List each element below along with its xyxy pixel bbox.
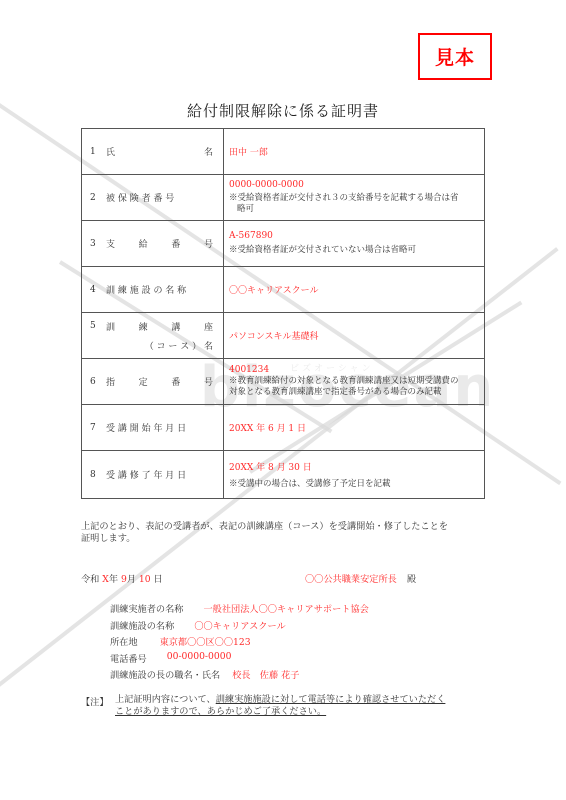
provider-row: 所在地 東京都〇〇区〇〇123: [110, 634, 369, 651]
footnote-underlined: 訓練実施施設に対して電話等により確認させていただく: [216, 694, 446, 705]
provider-row: 訓練施設の長の職名・氏名 校長 佐藤 花子: [110, 667, 369, 684]
row-number: 5: [90, 321, 106, 331]
label-part: 講: [171, 320, 180, 333]
designation-number-cell: 4001234 ※教育訓練給付の対象となる教育訓練講座又は短期受講費の 対象とな…: [224, 359, 485, 405]
label-part: 支: [106, 237, 115, 250]
label-part: 座: [204, 320, 213, 333]
label-text: 受 講 修 了 年 月 日: [106, 468, 223, 481]
row-label: 6 指定番号: [82, 359, 224, 405]
name-value[interactable]: 田中 一郎: [224, 129, 485, 175]
designation-number-note-cont: 対象となる教育訓練講座で指定番号がある場合のみ記載: [229, 387, 484, 398]
row-label: 1 氏名: [82, 129, 224, 175]
label-part: 指: [106, 375, 115, 388]
provider-row: 訓練実施者の名称 一般社団法人〇〇キャリアサポート協会: [110, 601, 369, 618]
provider-label: 訓練施設の長の職名・氏名: [110, 667, 220, 684]
row-label: 8 受 講 修 了 年 月 日: [82, 451, 224, 499]
date-unit: 月: [127, 574, 136, 585]
footnote: 【注】 上記証明内容について、訓練実施施設に対して電話等により確認させていただく…: [81, 694, 491, 718]
provider-label: 電話番号: [110, 651, 147, 668]
row-label: 2 被 保 険 者 番 号: [82, 175, 224, 221]
table-row: 6 指定番号 4001234 ※教育訓練給付の対象となる教育訓練講座又は短期受講…: [82, 359, 485, 405]
table-row: 2 被 保 険 者 番 号 0000-0000-0000 ※受給資格者証が交付さ…: [82, 175, 485, 221]
label-part: 号: [204, 237, 213, 250]
provider-head-name[interactable]: 校長 佐藤 花子: [232, 667, 299, 684]
insured-number-cell: 0000-0000-0000 ※受給資格者証が交付され３の支給番号を記載する場合…: [224, 175, 485, 221]
label-text: 受 講 開 始 年 月 日: [106, 421, 223, 434]
date-era: 令和: [81, 574, 99, 585]
label-part: 号: [204, 375, 213, 388]
sample-stamp: 見本: [418, 33, 492, 80]
label-part: 練: [139, 320, 148, 333]
row-number: 8: [90, 470, 106, 480]
designation-number-note: ※教育訓練給付の対象となる教育訓練講座又は短期受講費の: [229, 376, 484, 387]
label-part: 定: [139, 375, 148, 388]
payment-number-note: ※受給資格者証が交付されていない場合は省略可: [229, 245, 484, 256]
provider-label: 訓練実施者の名称: [110, 601, 184, 618]
date-unit: 日: [154, 574, 163, 585]
row-label: 5 訓練講座 （ コ ー ス ） 名: [82, 313, 224, 359]
end-date-value[interactable]: 20XX 年 8 月 30 日: [229, 460, 484, 473]
label-part: 氏: [106, 145, 115, 158]
footnote-lead: 上記証明内容について、: [115, 694, 216, 705]
footnote-tag: 【注】: [81, 694, 109, 708]
table-row: 3 支給番号 A-567890 ※受給資格者証が交付されていない場合は省略可: [82, 221, 485, 267]
row-number: 6: [90, 377, 106, 387]
date-unit: 年: [109, 574, 118, 585]
row-label: 4 訓 練 施 設 の 名 称: [82, 267, 224, 313]
footnote-underlined: ことがありますので、あらかじめご了承ください。: [115, 706, 326, 717]
statement-line: 上記のとおり、表記の受講者が、表記の訓練講座（コース）を受講開始・修了したことを: [81, 521, 491, 533]
row-label: 7 受 講 開 始 年 月 日: [82, 405, 224, 451]
label-text: 被 保 険 者 番 号: [106, 191, 223, 204]
office-name[interactable]: 〇〇公共職業安定所長: [305, 574, 397, 585]
label-text-line2: （ コ ー ス ） 名: [90, 339, 223, 352]
insured-number-note: ※受給資格者証が交付され３の支給番号を記載する場合は省: [229, 193, 484, 204]
start-date-value[interactable]: 20XX 年 6 月 1 日: [224, 405, 485, 451]
provider-row: 電話番号 00-0000-0000: [110, 651, 369, 668]
provider-org-name[interactable]: 一般社団法人〇〇キャリアサポート協会: [204, 601, 369, 618]
document-title: 給付制限解除に係る証明書: [0, 100, 566, 121]
provider-phone[interactable]: 00-0000-0000: [167, 651, 232, 668]
issue-date: 令和 X年 9月 10 日: [81, 571, 163, 585]
table-row: 4 訓 練 施 設 の 名 称 〇〇キャリアスクール: [82, 267, 485, 313]
provider-info: 訓練実施者の名称 一般社団法人〇〇キャリアサポート協会 訓練施設の名称 〇〇キャ…: [110, 601, 369, 684]
insured-number-value[interactable]: 0000-0000-0000: [229, 180, 484, 190]
date-day[interactable]: 10: [139, 574, 151, 585]
payment-number-cell: A-567890 ※受給資格者証が交付されていない場合は省略可: [224, 221, 485, 267]
label-part: 番: [171, 237, 180, 250]
honorific: 殿: [407, 574, 416, 585]
provider-label: 所在地: [110, 634, 138, 651]
addressee: 〇〇公共職業安定所長殿: [305, 571, 416, 585]
end-date-cell: 20XX 年 8 月 30 日 ※受講中の場合は、受講修了予定日を記載: [224, 451, 485, 499]
table-row: 5 訓練講座 （ コ ー ス ） 名 パソコンスキル基礎科: [82, 313, 485, 359]
row-label: 3 支給番号: [82, 221, 224, 267]
certification-statement: 上記のとおり、表記の受講者が、表記の訓練講座（コース）を受講開始・修了したことを…: [81, 521, 491, 545]
row-number: 3: [90, 239, 106, 249]
row-number: 7: [90, 423, 106, 433]
row-number: 2: [90, 193, 106, 203]
label-part: 番: [171, 375, 180, 388]
statement-line: 証明します。: [81, 533, 491, 545]
course-name-value[interactable]: パソコンスキル基礎科: [224, 313, 485, 359]
insured-number-note-cont: 略可: [229, 204, 484, 215]
table-row: 7 受 講 開 始 年 月 日 20XX 年 6 月 1 日: [82, 405, 485, 451]
provider-row: 訓練施設の名称 〇〇キャリアスクール: [110, 618, 369, 635]
provider-address[interactable]: 東京都〇〇区〇〇123: [160, 634, 251, 651]
row-number: 4: [90, 285, 106, 295]
row-number: 1: [90, 147, 106, 157]
table-row: 8 受 講 修 了 年 月 日 20XX 年 8 月 30 日 ※受講中の場合は…: [82, 451, 485, 499]
label-part: 名: [204, 145, 213, 158]
label-part: 給: [139, 237, 148, 250]
provider-facility-name[interactable]: 〇〇キャリアスクール: [194, 618, 285, 635]
end-date-note: ※受講中の場合は、受講修了予定日を記載: [229, 479, 484, 490]
table-row: 1 氏名 田中 一郎: [82, 129, 485, 175]
certificate-table: 1 氏名 田中 一郎 2 被 保 険 者 番 号 0000-0000-0000 …: [81, 128, 485, 499]
designation-number-value[interactable]: 4001234: [229, 365, 484, 375]
label-part: 訓: [106, 320, 115, 333]
label-text: 訓 練 施 設 の 名 称: [106, 283, 223, 296]
facility-name-value[interactable]: 〇〇キャリアスクール: [224, 267, 485, 313]
provider-label: 訓練施設の名称: [110, 618, 174, 635]
payment-number-value[interactable]: A-567890: [229, 231, 484, 241]
